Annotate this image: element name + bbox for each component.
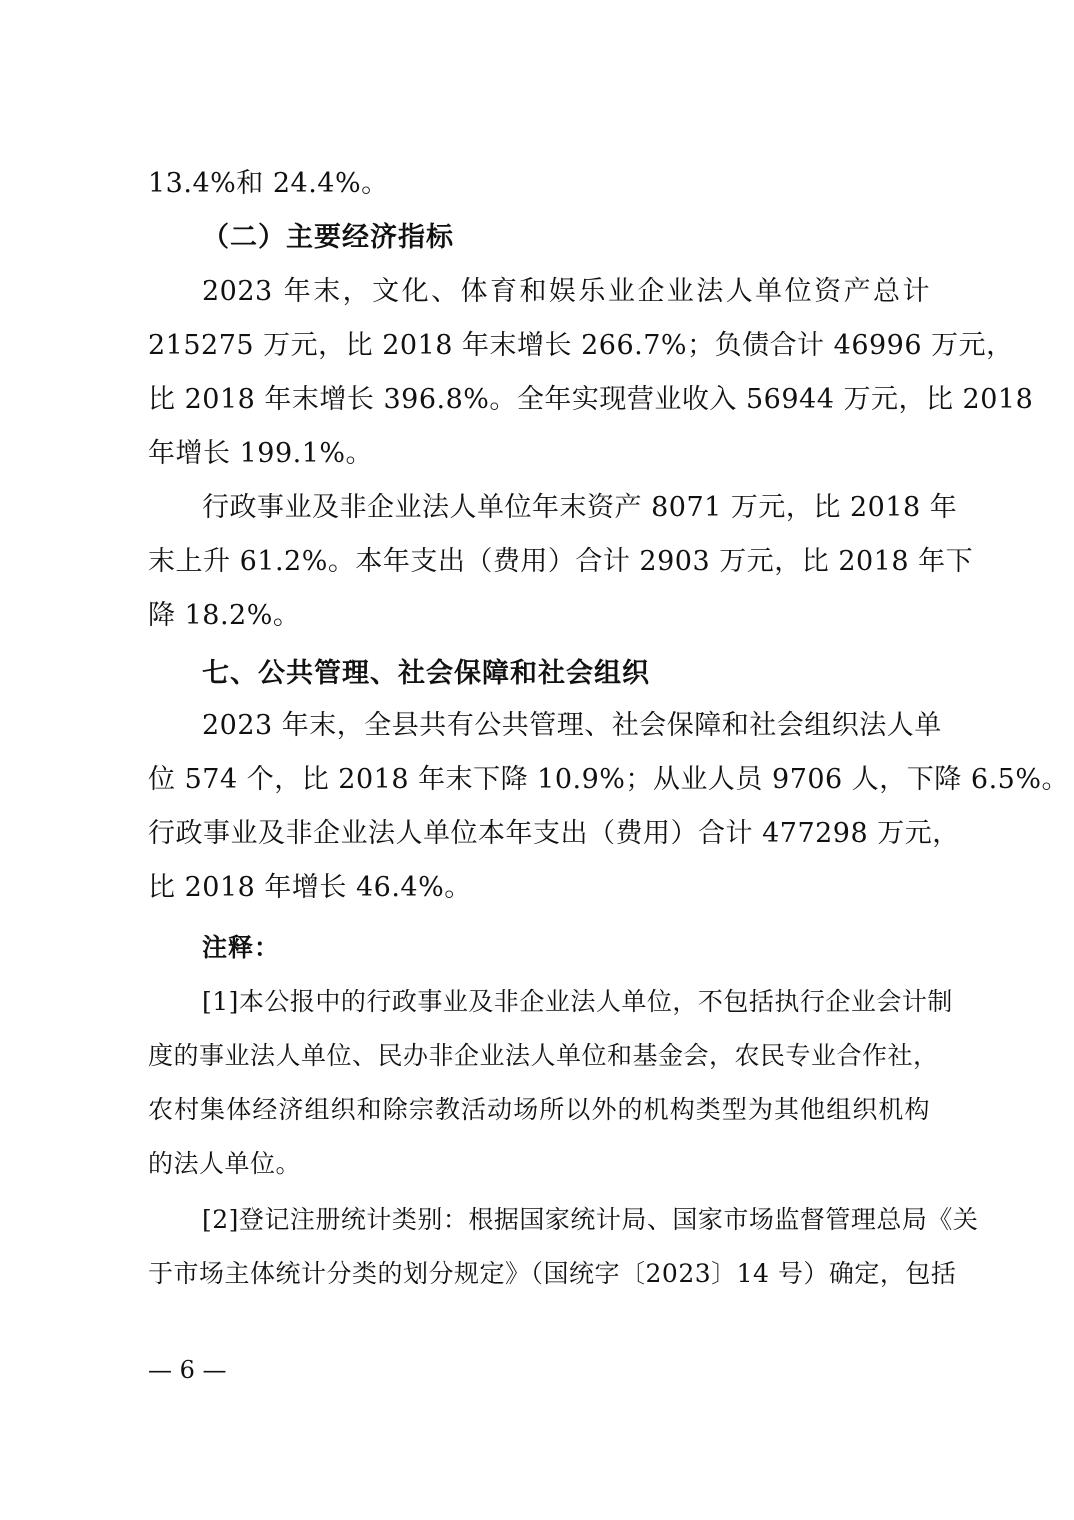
subsection-heading-economic-indicators: （二）主要经济指标: [202, 222, 454, 254]
page-number: — 6 —: [148, 1355, 227, 1385]
section-heading-public-management: 七、公共管理、社会保障和社会组织: [202, 658, 650, 690]
paragraph-line: 2023 年末，文化、体育和娱乐业企业法人单位资产总计: [202, 276, 930, 308]
notes-heading: 注释：: [202, 932, 280, 964]
note-line: [2]登记注册统计类别：根据国家统计局、国家市场监督管理总局《关: [202, 1204, 930, 1236]
note-line: [1]本公报中的行政事业及非企业法人单位，不包括执行企业会计制: [202, 986, 930, 1018]
paragraph-line: 2023 年末，全县共有公共管理、社会保障和社会组织法人单: [202, 710, 930, 742]
paragraph-line: 年增长 199.1%。: [148, 438, 930, 470]
paragraph-line: 行政事业及非企业法人单位年末资产 8071 万元，比 2018 年: [202, 492, 930, 524]
document-page: 13.4%和 24.4%。 （二）主要经济指标 2023 年末，文化、体育和娱乐…: [0, 0, 1074, 1520]
note-line: 于市场主体统计分类的划分规定》（国统字〔2023〕14 号）确定，包括: [148, 1258, 930, 1290]
note-line: 度的事业法人单位、民办非企业法人单位和基金会，农民专业合作社，: [148, 1040, 930, 1072]
note-line: 农村集体经济组织和除宗教活动场所以外的机构类型为其他组织机构: [148, 1094, 930, 1126]
paragraph-line: 比 2018 年增长 46.4%。: [148, 872, 930, 904]
note-line: 的法人单位。: [148, 1148, 930, 1180]
paragraph-line: 行政事业及非企业法人单位本年支出（费用）合计 477298 万元，: [148, 818, 930, 850]
continuation-line: 13.4%和 24.4%。: [148, 168, 930, 200]
paragraph-line: 比 2018 年末增长 396.8%。全年实现营业收入 56944 万元，比 2…: [148, 384, 930, 416]
paragraph-line: 降 18.2%。: [148, 600, 930, 632]
paragraph-line: 末上升 61.2%。本年支出（费用）合计 2903 万元，比 2018 年下: [148, 546, 930, 578]
paragraph-line: 位 574 个，比 2018 年末下降 10.9%；从业人员 9706 人，下降…: [148, 764, 930, 796]
paragraph-line: 215275 万元，比 2018 年末增长 266.7%；负债合计 46996 …: [148, 330, 930, 362]
